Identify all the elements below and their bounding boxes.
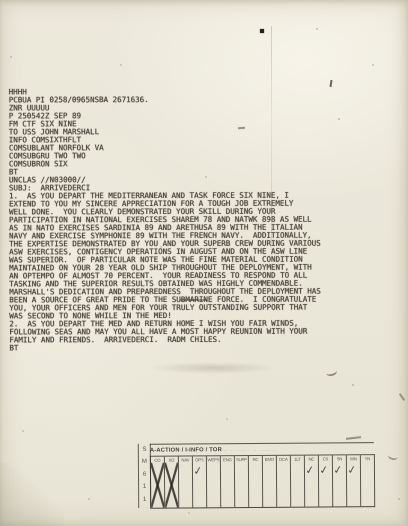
erasure-smudge	[148, 362, 278, 374]
stamp-cell-rc: RC∿	[248, 456, 262, 507]
stamp-cell-label: DCA	[277, 457, 290, 462]
handwritten-check-mark: ✓	[346, 455, 360, 506]
handwritten-check-mark: ✓	[192, 456, 206, 507]
pencil-dash-mark-2	[346, 436, 361, 440]
stamp-cell-weps: WEPS	[206, 456, 220, 507]
stamp-cell-wn: WN✓	[346, 455, 360, 506]
handwritten-check-mark: ✓	[304, 456, 318, 507]
scanned-message-page: HHHH PCBUA PI 0258/0965NSBA 2671636. ZNR…	[0, 0, 408, 526]
corner-fold-shadow	[0, 462, 64, 526]
stamp-cell-xo: XO	[164, 457, 178, 508]
message-text: HHHH PCBUA PI 0258/0965NSBA 2671636. ZNR…	[9, 88, 321, 353]
pencil-curl-mark	[325, 367, 338, 377]
stamp-cell-label: ENG	[221, 457, 234, 462]
stamp-cell-label: SUPP	[235, 457, 248, 462]
stamp-cell-nc: NC✓	[304, 456, 318, 507]
ink-square-mark	[260, 29, 264, 33]
stamp-cell-sn: SN✓	[332, 455, 346, 506]
stamp-cell-dca: DCA	[276, 456, 290, 507]
handwritten-check-mark: ✓	[318, 455, 332, 506]
stamp-header-label: A-ACTION / I-INFO / TOR	[150, 447, 222, 454]
stamp-cell-nav: NAV∿	[178, 456, 192, 507]
routing-stamp: S M 6 1 1 A-ACTION / I-INFO / TOR .. .. …	[138, 442, 374, 508]
pencil-diagonal-mark	[399, 393, 405, 401]
stamp-cell-1lt: 1LT	[290, 456, 304, 507]
stamp-cell-ops: OPS✓	[192, 456, 206, 507]
stamp-cell-label: NAV	[179, 457, 192, 462]
handwritten-scribble-mark: ∿	[178, 468, 192, 496]
stamp-cell-eng: ENG	[220, 456, 234, 507]
pencil-tick-mark	[330, 80, 333, 87]
stamp-cell-supp: SUPP	[234, 456, 248, 507]
handwritten-x-mark	[151, 463, 164, 508]
stamp-cell-cs: CS✓	[318, 455, 332, 506]
stamp-cell-co: CO	[150, 457, 164, 508]
stamp-cells: COXONAV∿OPS✓WEPSENGSUPPRC∿EMODCA1LTNC✓CS…	[150, 454, 375, 509]
stamp-cell-label: YN	[361, 456, 374, 461]
stamp-header-handwriting: .. .. ..... .. ........	[224, 447, 279, 453]
handwritten-check-mark: ✓	[332, 455, 346, 506]
pencil-curl-mark-2	[387, 451, 398, 461]
stamp-cell-label: WEPS	[207, 457, 220, 462]
stamp-cell-label: EMO	[263, 457, 276, 462]
stamp-cell-yn: YN	[360, 455, 374, 506]
handwritten-x-mark	[165, 463, 178, 508]
stamp-cell-emo: EMO	[262, 456, 276, 507]
paper-specks	[0, 0, 2, 2]
stamp-cell-label: 1LT	[291, 457, 304, 462]
stamp-cell-label: RC	[249, 457, 262, 462]
handwritten-scribble-mark: ∿	[248, 468, 262, 496]
